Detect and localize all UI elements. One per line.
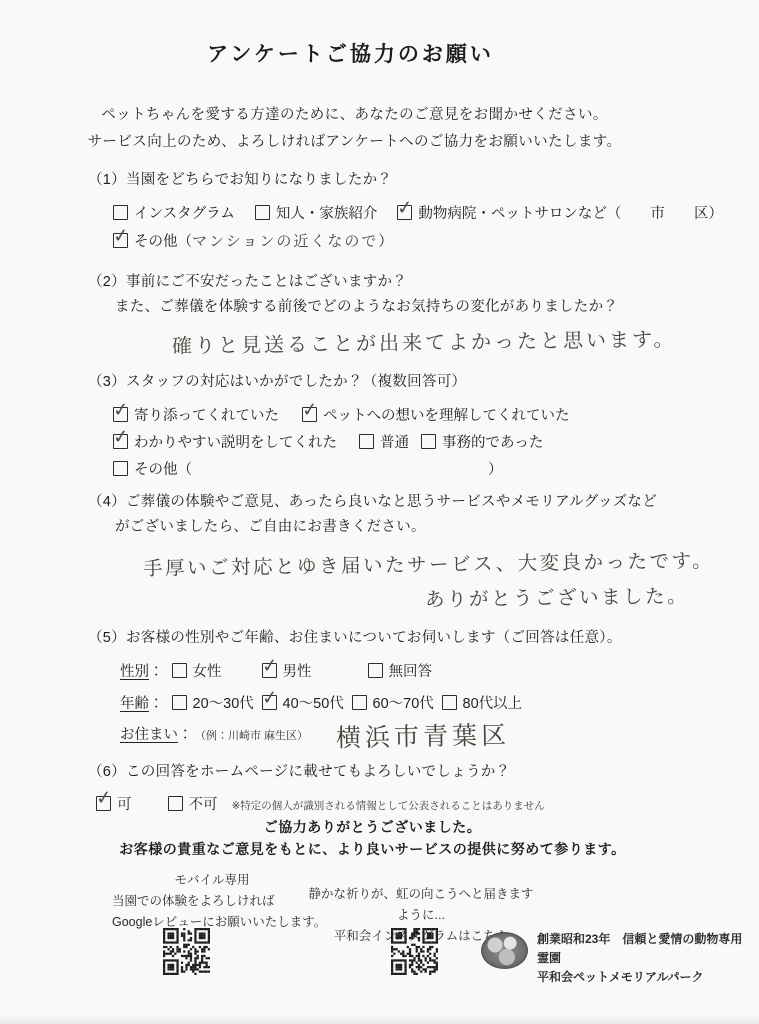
option-label: インスタグラム <box>134 206 235 222</box>
question-6: （6）この回答をホームページに載せてもよろしいでしょうか？ 可不可※特定の個人が… <box>0 760 759 814</box>
option-label: その他（ <box>134 462 192 478</box>
question-3-options-row-2: わかりやすい説明をしてくれた普通事務的であった <box>88 431 735 456</box>
page-title: アンケートご協力のお願い <box>0 38 701 68</box>
age-row: 年齢：20～30代40～50代60～70代80代以上 <box>88 692 735 717</box>
option-age-80-plus: 80代以上 <box>442 696 523 712</box>
checkbox-businesslike <box>421 434 436 449</box>
handwritten-answer-q4-line-2: ありがとうございました。 <box>425 580 735 612</box>
qr-code-instagram-icon <box>391 928 438 975</box>
checkbox-no-answer <box>368 663 383 678</box>
checkbox-clear-explanation <box>113 434 128 449</box>
question-1-options-row-1: インスタグラム知人・家族紹介動物病院・ペットサロンなど（ 市 区） <box>88 202 735 227</box>
intro-line-1: ペットちゃんを愛する方達のために、あなたのご意見をお聞かせください。 <box>0 102 709 129</box>
checkbox-allowed <box>96 796 111 811</box>
question-4-label: （4）ご葬儀の体験やご意見、あったら良いなと思うサービスやメモリアルグッズなどが… <box>88 490 735 540</box>
brand-line-1: 創業昭和23年 信頼と愛情の動物専用霊園 <box>537 930 752 968</box>
option-businesslike: 事務的であった <box>421 431 543 456</box>
brand-text: 創業昭和23年 信頼と愛情の動物専用霊園 平和会ペットメモリアルパーク <box>537 930 752 987</box>
closing-line-1: ご協力ありがとうございました。 <box>0 816 745 838</box>
google-review-line-1: モバイル専用 <box>112 870 312 891</box>
option-average: 普通 <box>359 431 409 456</box>
question-3: （3）スタッフの対応はいかがでしたか？（複数回答可） 寄り添ってくれていたペット… <box>0 370 759 483</box>
question-6-label: （6）この回答をホームページに載せてもよろしいでしょうか？ <box>88 760 735 785</box>
question-2-line-1: （2）事前にご不安だったことはございますか？ <box>88 274 407 290</box>
question-1: （1）当園をどちらでお知りになりましたか？ インスタグラム知人・家族紹介動物病院… <box>0 168 759 255</box>
checkbox-vet-salon <box>397 205 412 220</box>
instagram-line-1: 静かな祈りが、虹の向こうへと届きますように... <box>306 884 536 926</box>
question-4-line-1: （4）ご葬儀の体験やご意見、あったら良いなと思うサービスやメモリアルグッズなど <box>88 494 657 510</box>
handwritten-answer-q2: 確りと見送ることが出来てよかったと思います。 <box>172 322 735 359</box>
option-compassionate: 寄り添ってくれていた <box>113 404 279 429</box>
handwritten-other-answer: マンションの近くなので <box>192 232 378 250</box>
residence-row: お住まい：（例：川崎市 麻生区）横浜市青葉区 <box>88 723 735 749</box>
option-label: 男性 <box>283 664 312 680</box>
age-label: 年齢 <box>120 696 149 712</box>
option-female: 女性 <box>172 660 262 685</box>
option-referral: 知人・家族紹介 <box>255 202 378 227</box>
question-2-label: （2）事前にご不安だったことはございますか？また、ご葬儀を体験する前後でどのよう… <box>88 270 735 320</box>
survey-document: アンケートご協力のお願い ペットちゃんを愛する方達のために、あなたのご意見をお聞… <box>0 0 759 1024</box>
option-label: 可 <box>117 797 132 813</box>
option-label: 無回答 <box>389 664 433 680</box>
option-clear-explanation: わかりやすい説明をしてくれた <box>113 431 337 456</box>
option-label: 60～70代 <box>373 696 434 712</box>
option-understood-feelings: ペットへの想いを理解してくれていた <box>302 404 570 429</box>
checkbox-age-60-70 <box>352 695 367 710</box>
option-other-q3: その他（） <box>113 458 503 483</box>
option-label: 80代以上 <box>463 696 523 712</box>
handwritten-residence-answer: 横浜市青葉区 <box>336 722 510 750</box>
checkbox-age-20-30 <box>172 695 187 710</box>
qr-code-google-review-icon <box>163 928 210 975</box>
option-not-allowed: 不可 <box>168 793 218 814</box>
question-4: （4）ご葬儀の体験やご意見、あったら良いなと思うサービスやメモリアルグッズなどが… <box>0 490 759 610</box>
residence-label: お住まい <box>120 727 178 743</box>
question-3-label: （3）スタッフの対応はいかがでしたか？（複数回答可） <box>88 370 735 395</box>
brand-logo-icon <box>481 932 528 969</box>
handwritten-answer-q4-line-1: 手厚いご対応とゆき届いたサービス、大変良かったです。 <box>143 545 735 581</box>
option-label: 不可 <box>189 797 218 813</box>
question-3-options-row-3: その他（） <box>88 458 735 483</box>
option-label: 知人・家族紹介 <box>276 206 378 222</box>
checkbox-male <box>262 663 277 678</box>
question-5: （5）お客様の性別やご年齢、お住まいについてお伺いします（ご回答は任意）。 性別… <box>0 626 759 749</box>
colon: ： <box>149 696 164 712</box>
checkbox-other-q3 <box>113 461 128 476</box>
closing-line-2: お客様の貴重なご意見をもとに、より良いサービスの提供に努めて参ります。 <box>0 838 745 860</box>
option-label: ペットへの想いを理解してくれていた <box>323 408 570 424</box>
checkbox-other <box>113 233 128 248</box>
option-male: 男性 <box>262 660 368 685</box>
option-allowed: 可 <box>96 793 132 814</box>
privacy-note: ※特定の個人が識別される情報として公表されることはありません <box>232 800 545 812</box>
intro-line-2: サービス向上のため、よろしければアンケートへのご協力をお願いいたします。 <box>0 129 709 156</box>
question-1-label: （1）当園をどちらでお知りになりましたか？ <box>88 168 735 193</box>
colon: ： <box>149 664 164 680</box>
checkbox-not-allowed <box>168 796 183 811</box>
checkbox-age-80-plus <box>442 695 457 710</box>
residence-example: （例：川崎市 麻生区） <box>201 730 309 742</box>
option-age-40-50: 40～50代 <box>262 692 352 717</box>
question-6-options: 可不可※特定の個人が識別される情報として公表されることはありません <box>88 793 735 814</box>
option-vet-salon: 動物病院・ペットサロンなど（ 市 区） <box>397 202 723 227</box>
closing-message: ご協力ありがとうございました。 お客様の貴重なご意見をもとに、より良いサービスの… <box>0 816 759 860</box>
question-5-label: （5）お客様の性別やご年齢、お住まいについてお伺いします（ご回答は任意）。 <box>88 626 735 651</box>
checkbox-understood-feelings <box>302 407 317 422</box>
option-label: わかりやすい説明をしてくれた <box>134 435 337 451</box>
option-label: 事務的であった <box>442 435 543 451</box>
option-label: 普通 <box>380 435 409 451</box>
question-2-line-2: また、ご葬儀を体験する前後でどのようなお気持ちの変化がありましたか？ <box>88 295 735 320</box>
option-label: 寄り添ってくれていた <box>134 408 279 424</box>
option-label: 動物病院・ペットサロンなど（ 市 区） <box>418 206 723 222</box>
intro-text: ペットちゃんを愛する方達のために、あなたのご意見をお聞かせください。 サービス向… <box>0 102 759 156</box>
footer: モバイル専用 当園での体験をよろしければ Googleレビューにお願いいたします… <box>0 866 759 1016</box>
checkbox-referral <box>255 205 270 220</box>
checkbox-instagram <box>113 205 128 220</box>
checkbox-female <box>172 663 187 678</box>
colon: ： <box>178 727 193 743</box>
option-label: 40～50代 <box>283 696 344 712</box>
checkbox-compassionate <box>113 407 128 422</box>
gender-row: 性別：女性男性無回答 <box>88 660 735 685</box>
option-label: 20～30代 <box>193 696 254 712</box>
brand-line-2: 平和会ペットメモリアルパーク <box>537 968 752 987</box>
question-3-options-row-1: 寄り添ってくれていたペットへの想いを理解してくれていた <box>88 404 735 429</box>
question-4-line-2: がございましたら、ご自由にお書きください。 <box>88 515 735 540</box>
option-label: その他（ <box>134 234 192 250</box>
option-other: その他（マンションの近くなので） <box>113 229 393 255</box>
paren-close: ） <box>488 462 503 478</box>
option-label: 女性 <box>193 664 222 680</box>
question-2: （2）事前にご不安だったことはございますか？また、ご葬儀を体験する前後でどのよう… <box>0 270 759 355</box>
option-instagram: インスタグラム <box>113 202 235 227</box>
option-age-60-70: 60～70代 <box>352 692 442 717</box>
gender-label: 性別 <box>120 664 149 680</box>
question-1-options-row-2: その他（マンションの近くなので） <box>88 229 735 255</box>
option-no-answer: 無回答 <box>368 664 433 680</box>
checkbox-age-40-50 <box>262 695 277 710</box>
checkbox-average <box>359 434 374 449</box>
paren-close: ） <box>378 234 393 250</box>
option-age-20-30: 20～30代 <box>172 692 262 717</box>
